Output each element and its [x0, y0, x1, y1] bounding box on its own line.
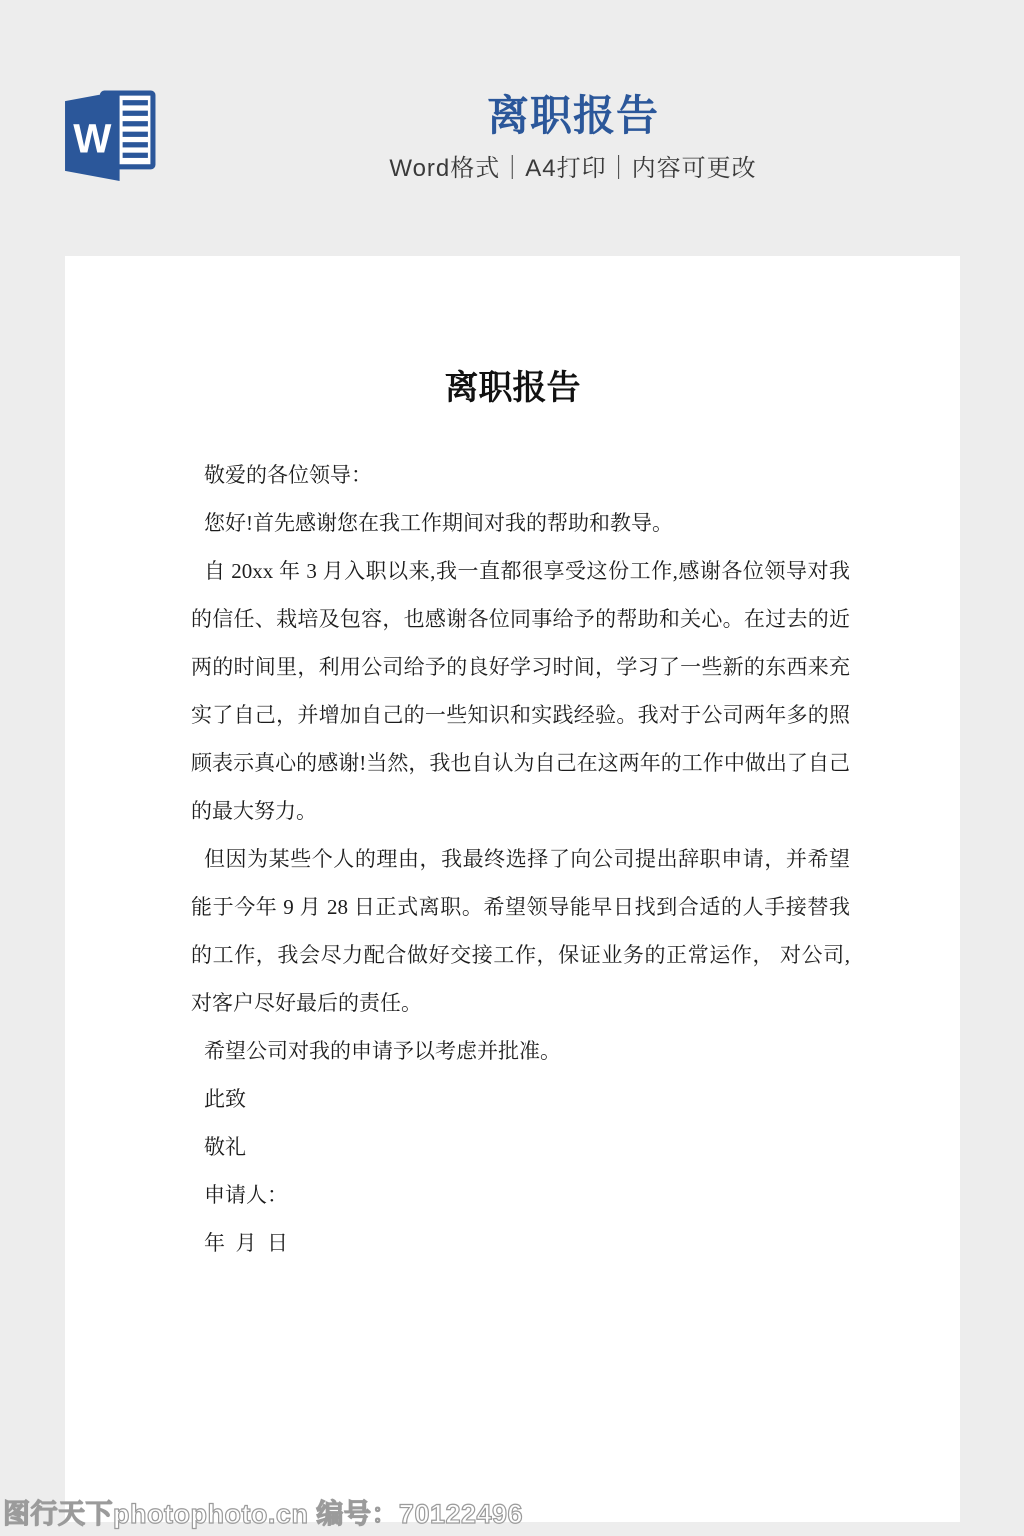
template-subtitle: Word格式｜A4打印｜内容可更改 — [122, 157, 1024, 181]
paragraph: 敬爱的各位领导： — [191, 451, 850, 499]
template-preview-page: { "header": { "title": "离职报告", "subtitle… — [0, 0, 1024, 1536]
word-icon: W — [62, 87, 158, 185]
paragraph: 此致 — [191, 1075, 850, 1123]
watermark: 图行天下photophoto.cn 编号：70122496 — [3, 1492, 523, 1531]
document-body: 敬爱的各位领导：您好!首先感谢您在我工作期间对我的帮助和教导。自 20xx 年 … — [191, 451, 850, 1267]
header-text: 离职报告 Word格式｜A4打印｜内容可更改 — [122, 0, 1024, 181]
paragraph: 敬礼 — [191, 1123, 850, 1171]
paragraph: 申请人： — [191, 1171, 850, 1219]
paragraph: 希望公司对我的申请予以考虑并批准。 — [191, 1027, 850, 1075]
paragraph: 您好!首先感谢您在我工作期间对我的帮助和教导。 — [191, 499, 850, 547]
document-title: 离职报告 — [65, 256, 960, 406]
word-icon-letter: W — [73, 116, 112, 162]
paragraph: 年 月 日 — [191, 1219, 850, 1267]
header: W 离职报告 Word格式｜A4打印｜内容可更改 — [0, 0, 1024, 256]
paragraph: 但因为某些个人的理由，我最终选择了向公司提出辞职申请，并希望能于今年 9 月 2… — [191, 835, 850, 1027]
template-title: 离职报告 — [122, 0, 1024, 137]
paragraph: 自 20xx 年 3 月入职以来,我一直都很享受这份工作,感谢各位领导对我的信任… — [191, 547, 850, 835]
document-page: 离职报告 敬爱的各位领导：您好!首先感谢您在我工作期间对我的帮助和教导。自 20… — [65, 256, 960, 1522]
